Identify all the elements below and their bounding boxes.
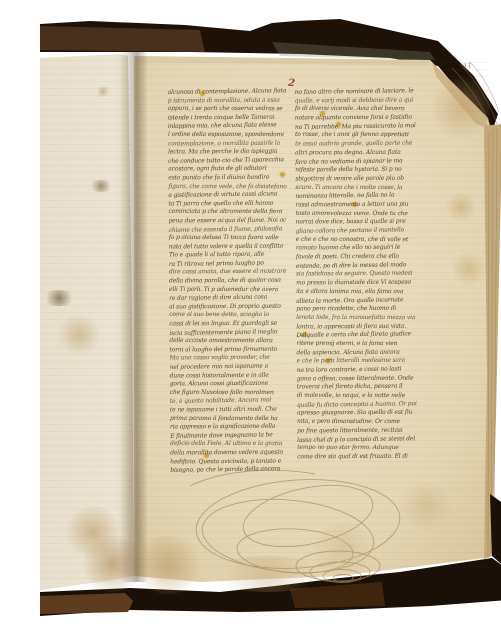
manuscript-line: come dire sia qual di est fruuato. El di — [297, 452, 421, 462]
left-page — [40, 54, 134, 590]
manuscript-line: sbigottirsi di venire alle parole piu ob — [295, 174, 419, 184]
manuscript-line: mo presso la diuinstade dice Vi sospeso — [296, 279, 420, 289]
manuscript-line: bisogno, po che le parole della ancora — [170, 465, 292, 475]
binding-bottom-right-edge — [490, 494, 501, 568]
text-column-left: alcunosa di contemplazione. Alcuna fiata… — [168, 88, 293, 476]
manuscript-line: pano pero ricadette, che huomo di — [296, 305, 420, 315]
manuscript-line: goria. Alcuna cossi giustificazione — [170, 380, 292, 389]
folio-number: 11 — [462, 61, 472, 70]
manuscript-line: ita e altora lanima mia, ella fama ava — [296, 288, 420, 297]
manuscript-photo: alcunosa di contemplazione. Alcuna fiata… — [40, 16, 501, 616]
binding-top-leather — [40, 26, 205, 52]
text-column-right: no fano altro che nominare di lasciare, … — [295, 88, 422, 462]
manuscript-line: esto punito che fa il diuino bandire — [168, 174, 290, 183]
manuscript-line: della divina parolla, che di qualor cosa — [169, 277, 291, 286]
rubric-mark: 2 — [287, 78, 295, 90]
manuscript-line: rassi admaestramento a lettori una piu — [295, 201, 419, 211]
binding-bottom-rod — [40, 593, 133, 614]
manuscript-line: te ne ispaname i tutti altri modi. Che — [170, 406, 292, 415]
